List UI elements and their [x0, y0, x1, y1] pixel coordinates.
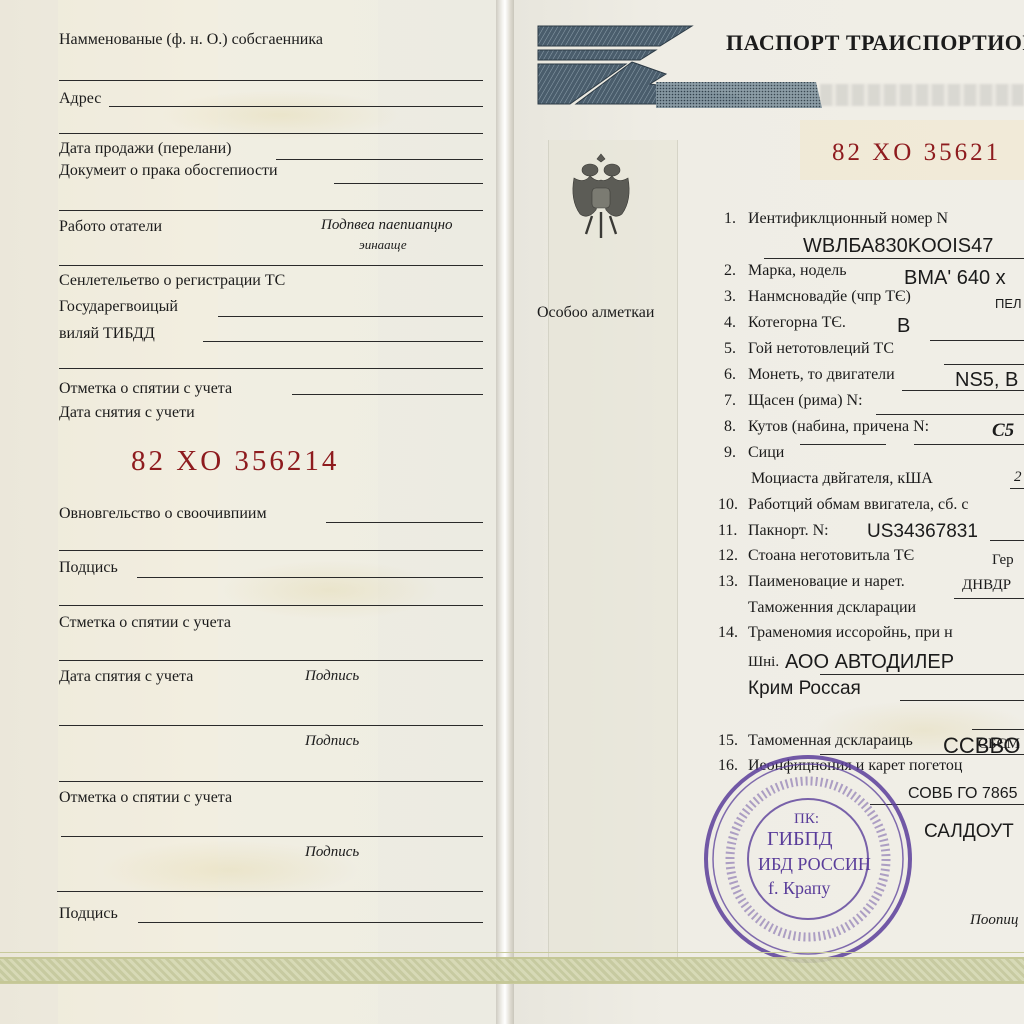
field-12-label: Стоана неготовитьла ТЄ: [748, 548, 914, 564]
field-8-label: Кутов (набина, причена N:: [748, 419, 929, 435]
obligation-label: Овновгельство о своочивпиим: [59, 506, 267, 522]
field-8-number: 8.: [724, 419, 736, 435]
work-label: Работо отатели: [59, 219, 162, 235]
field-7-number: 7.: [724, 393, 736, 409]
manufacturer-value: ДНВДР: [962, 578, 1011, 593]
field-3-number: 3.: [724, 289, 736, 305]
field-5-label: Гой нетотовлеций ТС: [748, 341, 894, 357]
owner-field[interactable]: [59, 80, 483, 81]
field-6-number: 6.: [724, 367, 736, 383]
category-value: B: [897, 316, 910, 336]
address-label: Адрес: [59, 91, 101, 107]
field-11-line[interactable]: [990, 540, 1024, 541]
reg-cert-label: Сенлетельетво о регистрации ТС: [59, 273, 285, 289]
signature-field-4[interactable]: [57, 891, 483, 892]
field-15-number: 15.: [718, 733, 738, 749]
address-field-2[interactable]: [59, 133, 483, 134]
body-number-value: C5: [992, 421, 1014, 440]
special-marks-column: [548, 140, 678, 960]
field-9-number: 9.: [724, 445, 736, 461]
official-stamp: ПК: ГИБПД ИБД РОССИН f. Крапу: [700, 752, 916, 966]
passport-spine: [496, 0, 514, 1024]
field-9-line[interactable]: [800, 444, 886, 445]
dealer-address-value: Крим Россая: [748, 679, 861, 698]
obligation-field-2[interactable]: [59, 550, 483, 551]
sale-date-label: Дата продажи (перелани): [59, 141, 231, 157]
coat-of-arms-icon: [568, 150, 634, 242]
stamp-line-3: ИБД РОССИН: [758, 855, 871, 873]
field-4-number: 4.: [724, 315, 736, 331]
signature-field-2[interactable]: [59, 605, 483, 606]
dereg-mark-field-3[interactable]: [61, 836, 483, 837]
decorative-border-line: [0, 983, 1024, 984]
dereg-date-label-2: Дата спятия с учета: [59, 669, 193, 685]
field-13-line[interactable]: [954, 598, 1024, 599]
serial-number: 82 XO 356214: [131, 445, 339, 478]
field-6-label: Монеть, то двигатели: [748, 367, 895, 383]
stamp-line-1: ПК:: [794, 812, 819, 827]
field-9-label: Сици: [748, 445, 784, 461]
field-7-line[interactable]: [876, 414, 1024, 415]
field-5-number: 5.: [724, 341, 736, 357]
gov-field[interactable]: [218, 316, 483, 317]
decorative-border-line: [0, 952, 1024, 953]
field-2-label: Марка, нодель: [748, 263, 847, 279]
field-6-line[interactable]: [902, 390, 1024, 391]
serial-number-right: 82 XO 35621: [832, 139, 1001, 167]
dereg-mark-field[interactable]: [292, 394, 483, 395]
gov-label-2: виляй ТИБДД: [59, 326, 155, 342]
field-15-line[interactable]: [972, 729, 1024, 730]
field-2-number: 2.: [724, 263, 736, 279]
passport-number-value: US34367831: [867, 522, 978, 541]
field-13-number: 13.: [718, 574, 738, 590]
field-10-number: 10.: [718, 497, 738, 513]
dereg-date-field-2[interactable]: [59, 725, 483, 726]
field-1-line[interactable]: [764, 258, 1024, 259]
owner-label: Намменованые (ф. н. О.) собсгаенника: [59, 32, 323, 48]
field-5-line-2[interactable]: [944, 364, 1024, 365]
field-5-line[interactable]: [930, 340, 1024, 341]
dereg-mark-label-3: Отметка о спятии с учета: [59, 790, 232, 806]
field-14-line[interactable]: [820, 674, 1024, 675]
signature-italic: Подпись: [305, 845, 359, 860]
stamp-line-2: ГИБПД: [767, 829, 833, 849]
field-3-label: Нанмсновадйе (чпр ТЄ): [748, 289, 911, 305]
owner-prefix-label: Шнi.: [748, 655, 779, 670]
field-7-label: Щасен (рима) N:: [748, 393, 863, 409]
engine-power-label: Моциаста двйгателя, кША: [751, 471, 933, 487]
signature-note-2: эинааще: [359, 238, 407, 251]
field-11-label: Пакнорт. N:: [748, 523, 829, 539]
field-13-label: Паименовацие и нарет.: [748, 574, 905, 590]
signature-italic-right: Поопиц: [970, 913, 1018, 928]
stamp-line-4: f. Крапу: [768, 879, 830, 897]
sale-date-field[interactable]: [276, 159, 483, 160]
dereg-mark-field-2[interactable]: [59, 660, 483, 661]
make-model-value: BMA' 640 x: [904, 268, 1006, 288]
engine-model-value: NS5, B: [955, 370, 1018, 390]
signature-field-5[interactable]: [138, 922, 483, 923]
certificate-value: СОВБ ГО 7865: [908, 786, 1018, 802]
field-14-line-2[interactable]: [900, 700, 1024, 701]
field-15-label: Тамоменная дсклараиць: [748, 733, 913, 749]
field-11-number: 11.: [718, 523, 737, 539]
country-value: Гер: [992, 553, 1014, 568]
faded-subtitle: [820, 84, 1024, 106]
special-marks-label: Особоо алметкаи: [537, 305, 654, 321]
signature-field[interactable]: [137, 577, 483, 578]
field-1-label: Иентификлционный номер N: [748, 211, 948, 227]
signature-note: Подпвеа паепиапцно: [321, 218, 453, 233]
left-page: Намменованые (ф. н. О.) собсгаенника Адр…: [0, 0, 500, 1024]
signature-label-2: Подцись: [59, 906, 118, 922]
dealer-value: АОО АВТОДИЛЕР: [785, 652, 954, 672]
signature-italic: Подпись: [305, 669, 359, 684]
ownership-doc-field[interactable]: [334, 183, 483, 184]
work-field[interactable]: [59, 265, 483, 266]
issuer-value: САЛДОУТ: [924, 822, 1014, 841]
ownership-doc-field-2[interactable]: [59, 210, 483, 211]
field-4-label: Котегорна ТЄ.: [748, 315, 846, 331]
vehicle-name-value: ПЕЛ: [995, 297, 1022, 310]
gov-field-3[interactable]: [59, 368, 483, 369]
dereg-mark-label: Отметка о спятии с учета: [59, 381, 232, 397]
field-14-label: Траменомия иссоройнь, при н: [748, 625, 953, 641]
field-12-number: 12.: [718, 548, 738, 564]
engine-power-line[interactable]: [1010, 488, 1024, 489]
decorative-border: [0, 957, 1024, 983]
signature-italic: Подпись: [305, 734, 359, 749]
signature-label: Подцись: [59, 560, 118, 576]
obligation-field[interactable]: [326, 522, 483, 523]
field-9-line-2[interactable]: [914, 444, 1024, 445]
field-1-number: 1.: [724, 211, 736, 227]
signature-field-3[interactable]: [59, 781, 483, 782]
vin-value: WBЛБА830KOOIS47: [803, 236, 993, 256]
address-field[interactable]: [109, 106, 483, 107]
document-title: ПАСПОРТ ТРАИСПОРТИОГ: [726, 30, 1024, 56]
ownership-doc-label: Докумеит о прака обосгепиости: [59, 163, 278, 179]
dereg-date-label: Дата снятия с учети: [59, 405, 195, 421]
engine-power-value: 2: [1014, 470, 1022, 485]
field-10-label: Работций обмам ввигатела, сб. с: [748, 497, 968, 513]
customs-label: Таможенния дскларации: [748, 600, 916, 616]
gov-field-2[interactable]: [203, 341, 483, 342]
gov-label: Государегвоицый: [59, 299, 178, 315]
field-14-number: 14.: [718, 625, 738, 641]
dereg-mark-label-2: Стметка о спятии с учета: [59, 615, 231, 631]
